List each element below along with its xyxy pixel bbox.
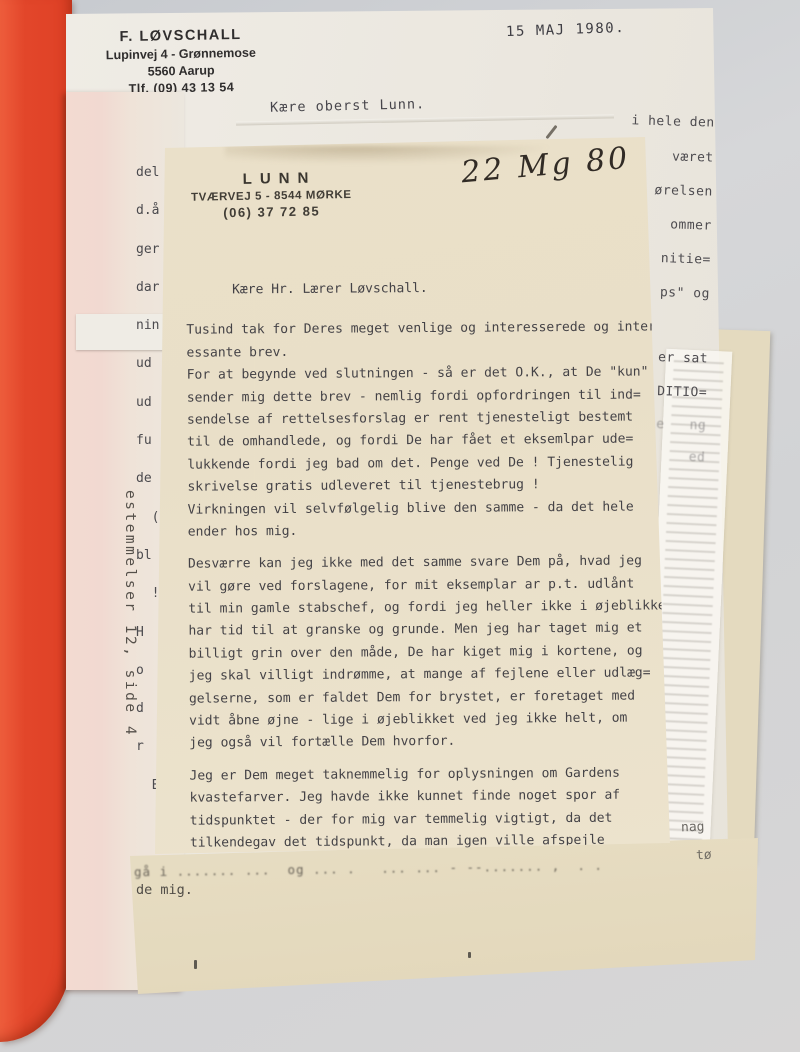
letter-body-line: ender hos mig.: [188, 518, 668, 544]
letter-body-line: For at begynde ved slutningen - så er de…: [187, 362, 667, 388]
letter-body-line: jeg også vil fortælle Dem hvorfor.: [189, 730, 669, 756]
letter-body-line: vidt åbne øjne - lige i øjeblikket ved j…: [189, 707, 669, 733]
lunn-letterhead-address: TVÆRVEJ 5 - 8544 MØRKE: [191, 188, 391, 203]
letter-body-line: til min gamle stabschef, og fordi jeg he…: [188, 595, 668, 621]
letter-body-line: Desværre kan jeg ikke med det samme svar…: [188, 551, 668, 577]
letter-body-line: vil gøre ved forslagene, for mit eksempl…: [188, 573, 668, 599]
letter-body-line: sendelse af rettelsesforslag er rent tje…: [187, 406, 667, 432]
letter-body-line: Virkningen vil selvfølgelig blive den sa…: [188, 496, 668, 522]
letter-body: Kære Hr. Lærer Løvschall.Tusind tak for …: [186, 276, 670, 855]
letter-body-line: lukkende fordi jeg bad om det. Penge ved…: [187, 451, 667, 477]
letterhead-name: F. LØVSCHALL: [87, 26, 273, 45]
letter-body-line: jeg skal villigt indrømme, at mange af f…: [189, 663, 669, 689]
date-stamp: 15 MAJ 1980.: [506, 20, 626, 40]
letter-body-line: tidspunktet - der for mig var temmelig v…: [190, 807, 670, 833]
letter-body-line: til de omhandlede, og fordi De har fået …: [187, 429, 667, 455]
lunn-letterhead-phone: (06) 37 72 85: [223, 202, 391, 220]
lunn-letterhead-name: LUNN: [243, 168, 391, 188]
letter-body-line: sender mig dette brev - nemlig fordi opf…: [187, 384, 667, 410]
letter-body-line: har tid til at granske og grunde. Men je…: [188, 618, 668, 644]
letterhead-address-line2: 5560 Aarup: [88, 62, 274, 79]
staple-mark: [194, 960, 197, 969]
fragment-nag: nag: [681, 820, 705, 836]
letter-body-line: Tusind tak for Deres meget venlige og in…: [186, 317, 666, 343]
lovschall-letterhead: F. LØVSCHALL Lupinvej 4 - Grønnemose 556…: [87, 26, 274, 96]
bottom-last-line: de mig.: [136, 882, 193, 898]
letter-body-line: essante brev.: [186, 339, 666, 365]
staple-mark: [468, 952, 471, 958]
lunn-letter-page: LUNN TVÆRVEJ 5 - 8544 MØRKE (06) 37 72 8…: [155, 132, 675, 856]
letter-body-line: skrivelse gratis udleveret til tjenesteb…: [187, 473, 667, 499]
letter-body-line: Jeg er Dem meget taknemmelig for oplysni…: [189, 762, 669, 788]
red-folder-cover: [0, 0, 72, 1042]
lunn-letterhead: LUNN TVÆRVEJ 5 - 8544 MØRKE (06) 37 72 8…: [191, 168, 392, 220]
pen-stroke-mark: [545, 125, 557, 139]
fragment-to: tø: [696, 848, 712, 864]
letter-body-line: billigt grin over den måde, De har kiget…: [189, 640, 669, 666]
letter-body-line: kvastefarver. Jeg havde ikke kunnet find…: [190, 785, 670, 811]
faint-overlapped-line: gå i ....... ... og ... . ... ... - --..…: [134, 856, 754, 880]
right-line-fragment: i hele den: [603, 113, 715, 131]
salutation-oberst-lunn: Kære oberst Lunn.: [270, 96, 425, 116]
page-edge-line: [236, 114, 614, 125]
letter-body-line: gelserne, som er faldet Dem for brystet,…: [189, 685, 669, 711]
letter-body-line: Kære Hr. Lærer Løvschall.: [186, 276, 666, 302]
vertical-spine-label: estemmelser 12, side 4: [118, 490, 138, 770]
letterhead-address-line1: Lupinvej 4 - Grønnemose: [88, 45, 274, 62]
bottom-tan-page: gå i ....... ... og ... . ... ... - --..…: [124, 836, 764, 996]
